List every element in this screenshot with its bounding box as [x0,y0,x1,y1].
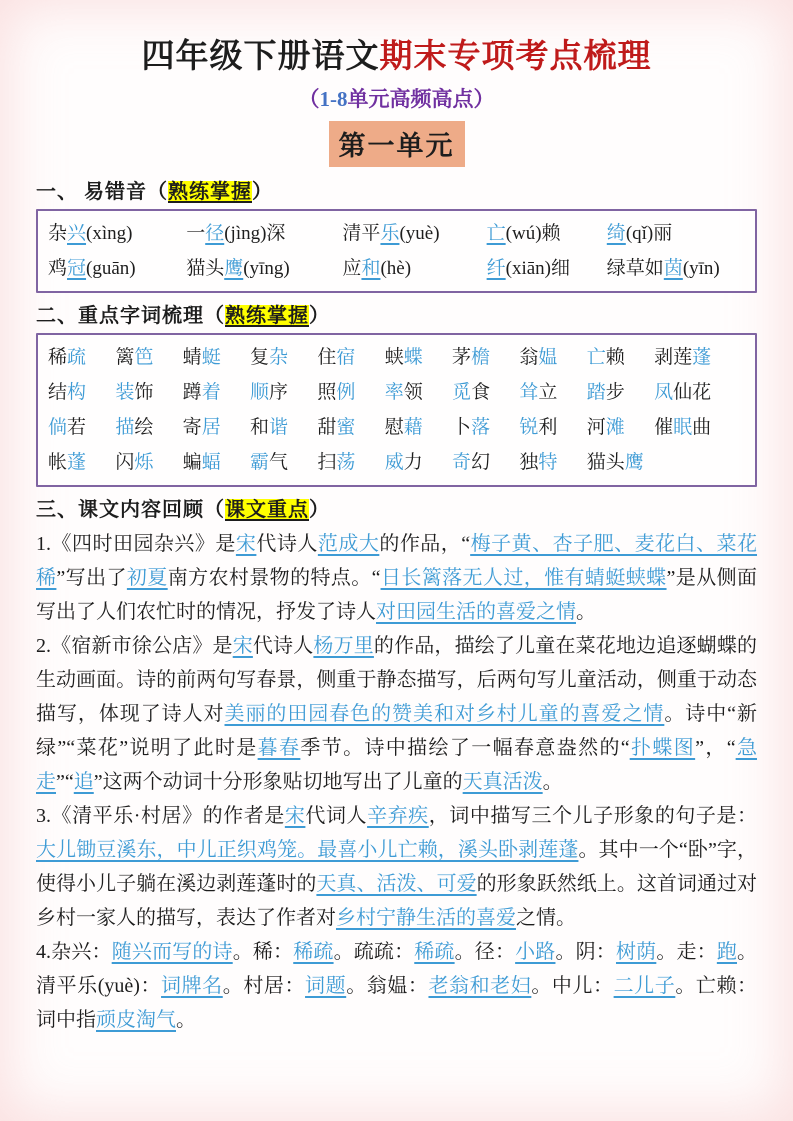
key-phrase: 鹰 [224,258,243,279]
key-character: 亡 [587,347,606,368]
key-phrase: 树荫 [616,941,656,963]
text-run: 绿草如 [607,258,664,279]
table-cell: 亡(wú)赖 [487,216,607,251]
key-character: 耸 [519,382,538,403]
table-cell: 杂兴(xìng) [48,216,186,251]
text-run: 结 [48,382,67,403]
key-character: 威 [385,452,404,473]
key-character: 构 [67,382,86,403]
text-run: 。稀： [233,941,294,963]
table-cell: 锐利 [519,410,586,445]
key-character: 居 [202,417,221,438]
key-character: 顺 [250,382,269,403]
key-character: 滩 [606,417,625,438]
text-run: 2.《宿新市徐公店》是 [36,635,233,657]
section-2-highlight: 熟练掌握 [225,305,309,327]
table-cell: 住宿 [317,340,384,375]
text-run: 代诗人 [256,533,317,555]
table-cell: 翁媪 [519,340,586,375]
key-phrase: 亡 [487,223,506,244]
subtitle-unit-range: 1-8 [320,87,348,111]
text-run: 剥莲 [654,347,692,368]
key-phrase: 顽皮淘气 [96,1009,176,1031]
table-cell: 结构 [48,375,115,410]
text-run: 赖 [606,347,625,368]
section-1-title: 一、 易错音（ [36,181,168,203]
table-cell: 踏步 [587,375,654,410]
document-page: 四年级下册语文期末专项考点梳理 （1-8单元高频高点） 第一单元 一、 易错音（… [0,0,793,1121]
key-character: 率 [385,382,404,403]
key-phrase: 大儿锄豆溪东，中儿正织鸡笼。最喜小儿亡赖，溪头卧剥莲蓬 [36,839,578,861]
text-run: 代诗人 [253,635,314,657]
key-character: 装 [115,382,134,403]
text-run: 力 [404,452,423,473]
key-phrase: 茵 [664,258,683,279]
section-2-header: 二、重点字词梳理（熟练掌握） [36,299,757,328]
text-run: 茅 [452,347,471,368]
key-character: 特 [538,452,557,473]
key-phrase: 径 [205,223,224,244]
text-run: 立 [538,382,557,403]
title-red-part: 期末专项考点梳理 [380,39,652,75]
text-run: (wú)赖 [506,223,561,244]
key-character: 蜓 [202,347,221,368]
table-cell: 觅食 [452,375,519,410]
text-run: ”这两个动词十分形象贴切地写出了儿童的 [94,771,463,793]
subtitle-text: 单元高频高点） [348,87,495,111]
text-run: 帐 [48,452,67,473]
key-character: 杂 [269,347,288,368]
key-phrase: 范成大 [318,533,379,555]
text-run: (hè) [380,258,411,279]
text-run: (jìng)深 [224,223,285,244]
key-phrase: 跑 [717,941,737,963]
text-run: 催 [654,417,673,438]
key-character: 蝶 [404,347,423,368]
table-cell: 描绘 [115,410,182,445]
key-phrase: 美丽的田园春色的赞美和对乡村儿童的喜爱之情 [225,703,665,725]
key-character: 着 [202,382,221,403]
key-character: 笆 [134,347,153,368]
table-cell: 蝙蝠 [183,445,250,480]
key-phrase: 日长篱落无人过，惟有蜻蜓蛱蝶 [381,567,667,589]
table-cell: 应和(hè) [342,251,486,286]
text-run: 。翁媪： [346,975,428,997]
table-row: 杂兴(xìng)一径(jìng)深清平乐(yuè)亡(wú)赖绮(qǐ)丽 [48,216,745,251]
table-cell: 茅檐 [452,340,519,375]
key-character: 蜜 [336,417,355,438]
text-run: 。中儿： [531,975,613,997]
table-cell: 一径(jìng)深 [186,216,342,251]
key-phrase: 暮春 [258,737,301,759]
text-run: 照 [317,382,336,403]
content-review: 1.《四时田园杂兴》是宋代诗人范成大的作品，“梅子黄、杏子肥、麦花白、菜花稀”写… [36,527,757,1037]
key-phrase: 二儿子 [614,975,676,997]
table-cell: 凤仙花 [654,375,745,410]
table-cell: 亡赖 [587,340,654,375]
table-cell: 帐蓬 [48,445,115,480]
section-2-close: ） [309,305,330,327]
key-phrase: 和 [361,258,380,279]
error-prone-pronunciation-table: 杂兴(xìng)一径(jìng)深清平乐(yuè)亡(wú)赖绮(qǐ)丽鸡冠(… [36,209,757,293]
table-cell: 霸气 [250,445,317,480]
key-character: 宿 [336,347,355,368]
key-character: 凤 [654,382,673,403]
text-run: (yīn) [683,258,720,279]
key-character: 踏 [587,382,606,403]
text-run: 领 [404,382,423,403]
key-phrase: 小路 [515,941,555,963]
key-phrase: 追 [74,771,94,793]
key-phrase: 稀疏 [414,941,454,963]
key-phrase: 词题 [305,975,346,997]
key-phrase: 天真活泼 [463,771,543,793]
text-run: 。 [543,771,563,793]
text-run: (yuè) [399,223,439,244]
text-run: 。阴： [555,941,616,963]
table-cell: 威力 [385,445,452,480]
table-cell: 照例 [317,375,384,410]
key-phrase: 乡村宁静生活的喜爱 [336,907,516,929]
key-phrase: 绮 [607,223,626,244]
table-row: 结构装饰蹲着顺序照例率领觅食耸立踏步凤仙花 [48,375,745,410]
text-run: ”“ [56,771,74,793]
section-3-close: ） [309,499,330,521]
section-2-title: 二、重点字词梳理（ [36,305,225,327]
text-run: 。走： [656,941,717,963]
text-run: (qǐ)丽 [626,223,672,244]
key-phrase: 词牌名 [161,975,223,997]
text-run: 幻 [471,452,490,473]
table-row: 帐蓬闪烁蝙蝠霸气扫荡威力奇幻独特猫头鹰 [48,445,745,480]
paragraph-1: 1.《四时田园杂兴》是宋代诗人范成大的作品，“梅子黄、杏子肥、麦花白、菜花稀”写… [36,527,757,629]
table-cell: 猫头鹰(yīng) [186,251,342,286]
key-character: 觅 [452,382,471,403]
key-character: 蓬 [692,347,711,368]
table-cell: 倘若 [48,410,115,445]
table-cell: 清平乐(yuè) [342,216,486,251]
text-run: 之情。 [516,907,576,929]
table-cell: 扫荡 [317,445,384,480]
key-phrase: 兴 [67,223,86,244]
text-run: 。村居： [223,975,305,997]
text-run: ”写出了 [56,567,126,589]
key-character: 例 [336,382,355,403]
text-run: 鸡 [48,258,67,279]
table-cell: 鸡冠(guān) [48,251,186,286]
text-run: 蝙 [183,452,202,473]
text-run: (xiān)细 [506,258,570,279]
table-cell: 奇幻 [452,445,519,480]
text-run: 序 [269,382,288,403]
unit-banner: 第一单元 [329,121,465,167]
section-1-close: ） [252,181,273,203]
key-character: 鹰 [625,452,644,473]
table-cell: 顺序 [250,375,317,410]
key-phrase: 天真、活泼、可爱 [316,873,476,895]
key-character: 荡 [336,452,355,473]
key-character: 檐 [471,347,490,368]
table-cell: 和谐 [250,410,317,445]
text-run: 季节。诗中描绘了一幅春意盎然的“ [300,737,629,759]
text-run: 南方农村景物的特点。“ [168,567,381,589]
table-row: 倘若描绘寄居和谐甜蜜慰藉卜落锐利河滩催眠曲 [48,410,745,445]
text-run: 食 [471,382,490,403]
paragraph-2: 2.《宿新市徐公店》是宋代诗人杨万里的作品，描绘了儿童在菜花地边追逐蝴蝶的生动画… [36,629,757,799]
table-cell: 猫头鹰 [587,445,654,480]
text-run: (yīng) [243,258,289,279]
table-cell: 甜蜜 [317,410,384,445]
text-run: 闪 [115,452,134,473]
section-3-title: 三、课文内容回顾（ [36,499,225,521]
text-run: 气 [269,452,288,473]
text-run: (xìng) [86,223,132,244]
text-run: 猫头 [587,452,625,473]
text-run: 1.《四时田园杂兴》是 [36,533,236,555]
table-cell: 慰藉 [385,410,452,445]
key-phrase: 杨万里 [313,635,374,657]
table-cell: 蜻蜓 [183,340,250,375]
key-character: 霸 [250,452,269,473]
key-phrase: 扑蝶图 [630,737,695,759]
key-phrase: 宋 [285,805,306,827]
key-phrase: 初夏 [127,567,168,589]
key-phrase: 冠 [67,258,86,279]
text-run: 曲 [692,417,711,438]
key-phrase: 纤 [487,258,506,279]
table-cell: 蹲着 [183,375,250,410]
table-cell: 绿草如茵(yīn) [607,251,745,286]
text-run: 复 [250,347,269,368]
key-character: 倘 [48,417,67,438]
key-character: 烁 [134,452,153,473]
table-cell: 催眠曲 [654,410,745,445]
section-1-header: 一、 易错音（熟练掌握） [36,175,757,204]
text-run: 蹲 [183,382,202,403]
table-cell: 装饰 [115,375,182,410]
table-cell: 剥莲蓬 [654,340,745,375]
text-run: (guān) [86,258,136,279]
text-run: 应 [342,258,361,279]
text-run: 步 [606,382,625,403]
table-cell: 率领 [385,375,452,410]
text-run: 河 [587,417,606,438]
text-run: 蜻 [183,347,202,368]
key-character: 眠 [673,417,692,438]
table-cell: 闪烁 [115,445,182,480]
text-run: 4.杂兴： [36,941,112,963]
key-character: 锐 [519,417,538,438]
text-run: 蛱 [385,347,404,368]
table-cell: 卜落 [452,410,519,445]
text-run: 慰 [385,417,404,438]
table-row: 稀疏篱笆蜻蜓复杂住宿蛱蝶茅檐翁媪亡赖剥莲蓬 [48,340,745,375]
text-run: 代词人 [305,805,367,827]
key-character: 蓬 [67,452,86,473]
table-cell: 独特 [519,445,586,480]
section-1-highlight: 熟练掌握 [168,181,252,203]
key-phrase: 辛弃疾 [367,805,429,827]
text-run: 若 [67,417,86,438]
key-phrase: 乐 [380,223,399,244]
table-cell: 绮(qǐ)丽 [607,216,745,251]
text-run: 独 [519,452,538,473]
text-run: 卜 [452,417,471,438]
unit-banner-row: 第一单元 [36,121,757,167]
text-run: 寄 [183,417,202,438]
key-words-table: 稀疏篱笆蜻蜓复杂住宿蛱蝶茅檐翁媪亡赖剥莲蓬结构装饰蹲着顺序照例率领觅食耸立踏步凤… [36,333,757,487]
table-cell: 蛱蝶 [385,340,452,375]
text-run: 扫 [317,452,336,473]
text-run: ”，“ [695,737,735,759]
page-title: 四年级下册语文期末专项考点梳理 [36,30,757,77]
text-run: 住 [317,347,336,368]
key-phrase: 对田园生活的喜爱之情 [376,601,576,623]
table-cell: 纤(xiān)细 [487,251,607,286]
text-run: 杂 [48,223,67,244]
table-cell: 稀疏 [48,340,115,375]
table-cell: 寄居 [183,410,250,445]
table-cell: 篱笆 [115,340,182,375]
table-cell: 复杂 [250,340,317,375]
key-phrase: 宋 [236,533,257,555]
text-run: 一 [186,223,205,244]
text-run: 仙花 [673,382,711,403]
key-character: 奇 [452,452,471,473]
table-row: 鸡冠(guān)猫头鹰(yīng)应和(hè)纤(xiān)细绿草如茵(yīn) [48,251,745,286]
title-black-part: 四年级下册语文 [142,39,380,75]
text-run: 。径： [455,941,516,963]
text-run: 绘 [134,417,153,438]
key-character: 疏 [67,347,86,368]
text-run: 。 [176,1009,196,1031]
key-character: 藉 [404,417,423,438]
text-run: 清平 [342,223,380,244]
text-run: 和 [250,417,269,438]
key-character: 描 [115,417,134,438]
text-run: 利 [538,417,557,438]
text-run: 稀 [48,347,67,368]
key-phrase: 稀疏 [293,941,333,963]
text-run: ，词中描写三个儿子形象的句子是： [429,805,757,827]
paragraph-3: 3.《清平乐·村居》的作者是宋代词人辛弃疾，词中描写三个儿子形象的句子是：大儿锄… [36,799,757,935]
table-cell: 耸立 [519,375,586,410]
section-3-highlight: 课文重点 [225,499,309,521]
key-character: 蝠 [202,452,221,473]
text-run: 甜 [317,417,336,438]
key-character: 谐 [269,417,288,438]
text-run: 猫头 [186,258,224,279]
subtitle-open-paren: （ [299,87,320,111]
key-phrase: 老翁和老妇 [428,975,531,997]
section-3-header: 三、课文内容回顾（课文重点） [36,493,757,522]
text-run: 饰 [134,382,153,403]
text-run: 篱 [115,347,134,368]
text-run: 的作品，“ [379,533,470,555]
text-run: 。疏疏： [334,941,415,963]
text-run: 翁 [519,347,538,368]
paragraph-4: 4.杂兴：随兴而写的诗。稀：稀疏。疏疏：稀疏。径：小路。阴：树荫。走：跑。清平乐… [36,935,757,1037]
key-character: 媪 [538,347,557,368]
key-phrase: 随兴而写的诗 [112,941,233,963]
page-subtitle: （1-8单元高频高点） [36,83,757,113]
text-run: 3.《清平乐·村居》的作者是 [36,805,285,827]
text-run: 。 [576,601,596,623]
key-character: 落 [471,417,490,438]
key-phrase: 宋 [233,635,253,657]
table-cell: 河滩 [587,410,654,445]
